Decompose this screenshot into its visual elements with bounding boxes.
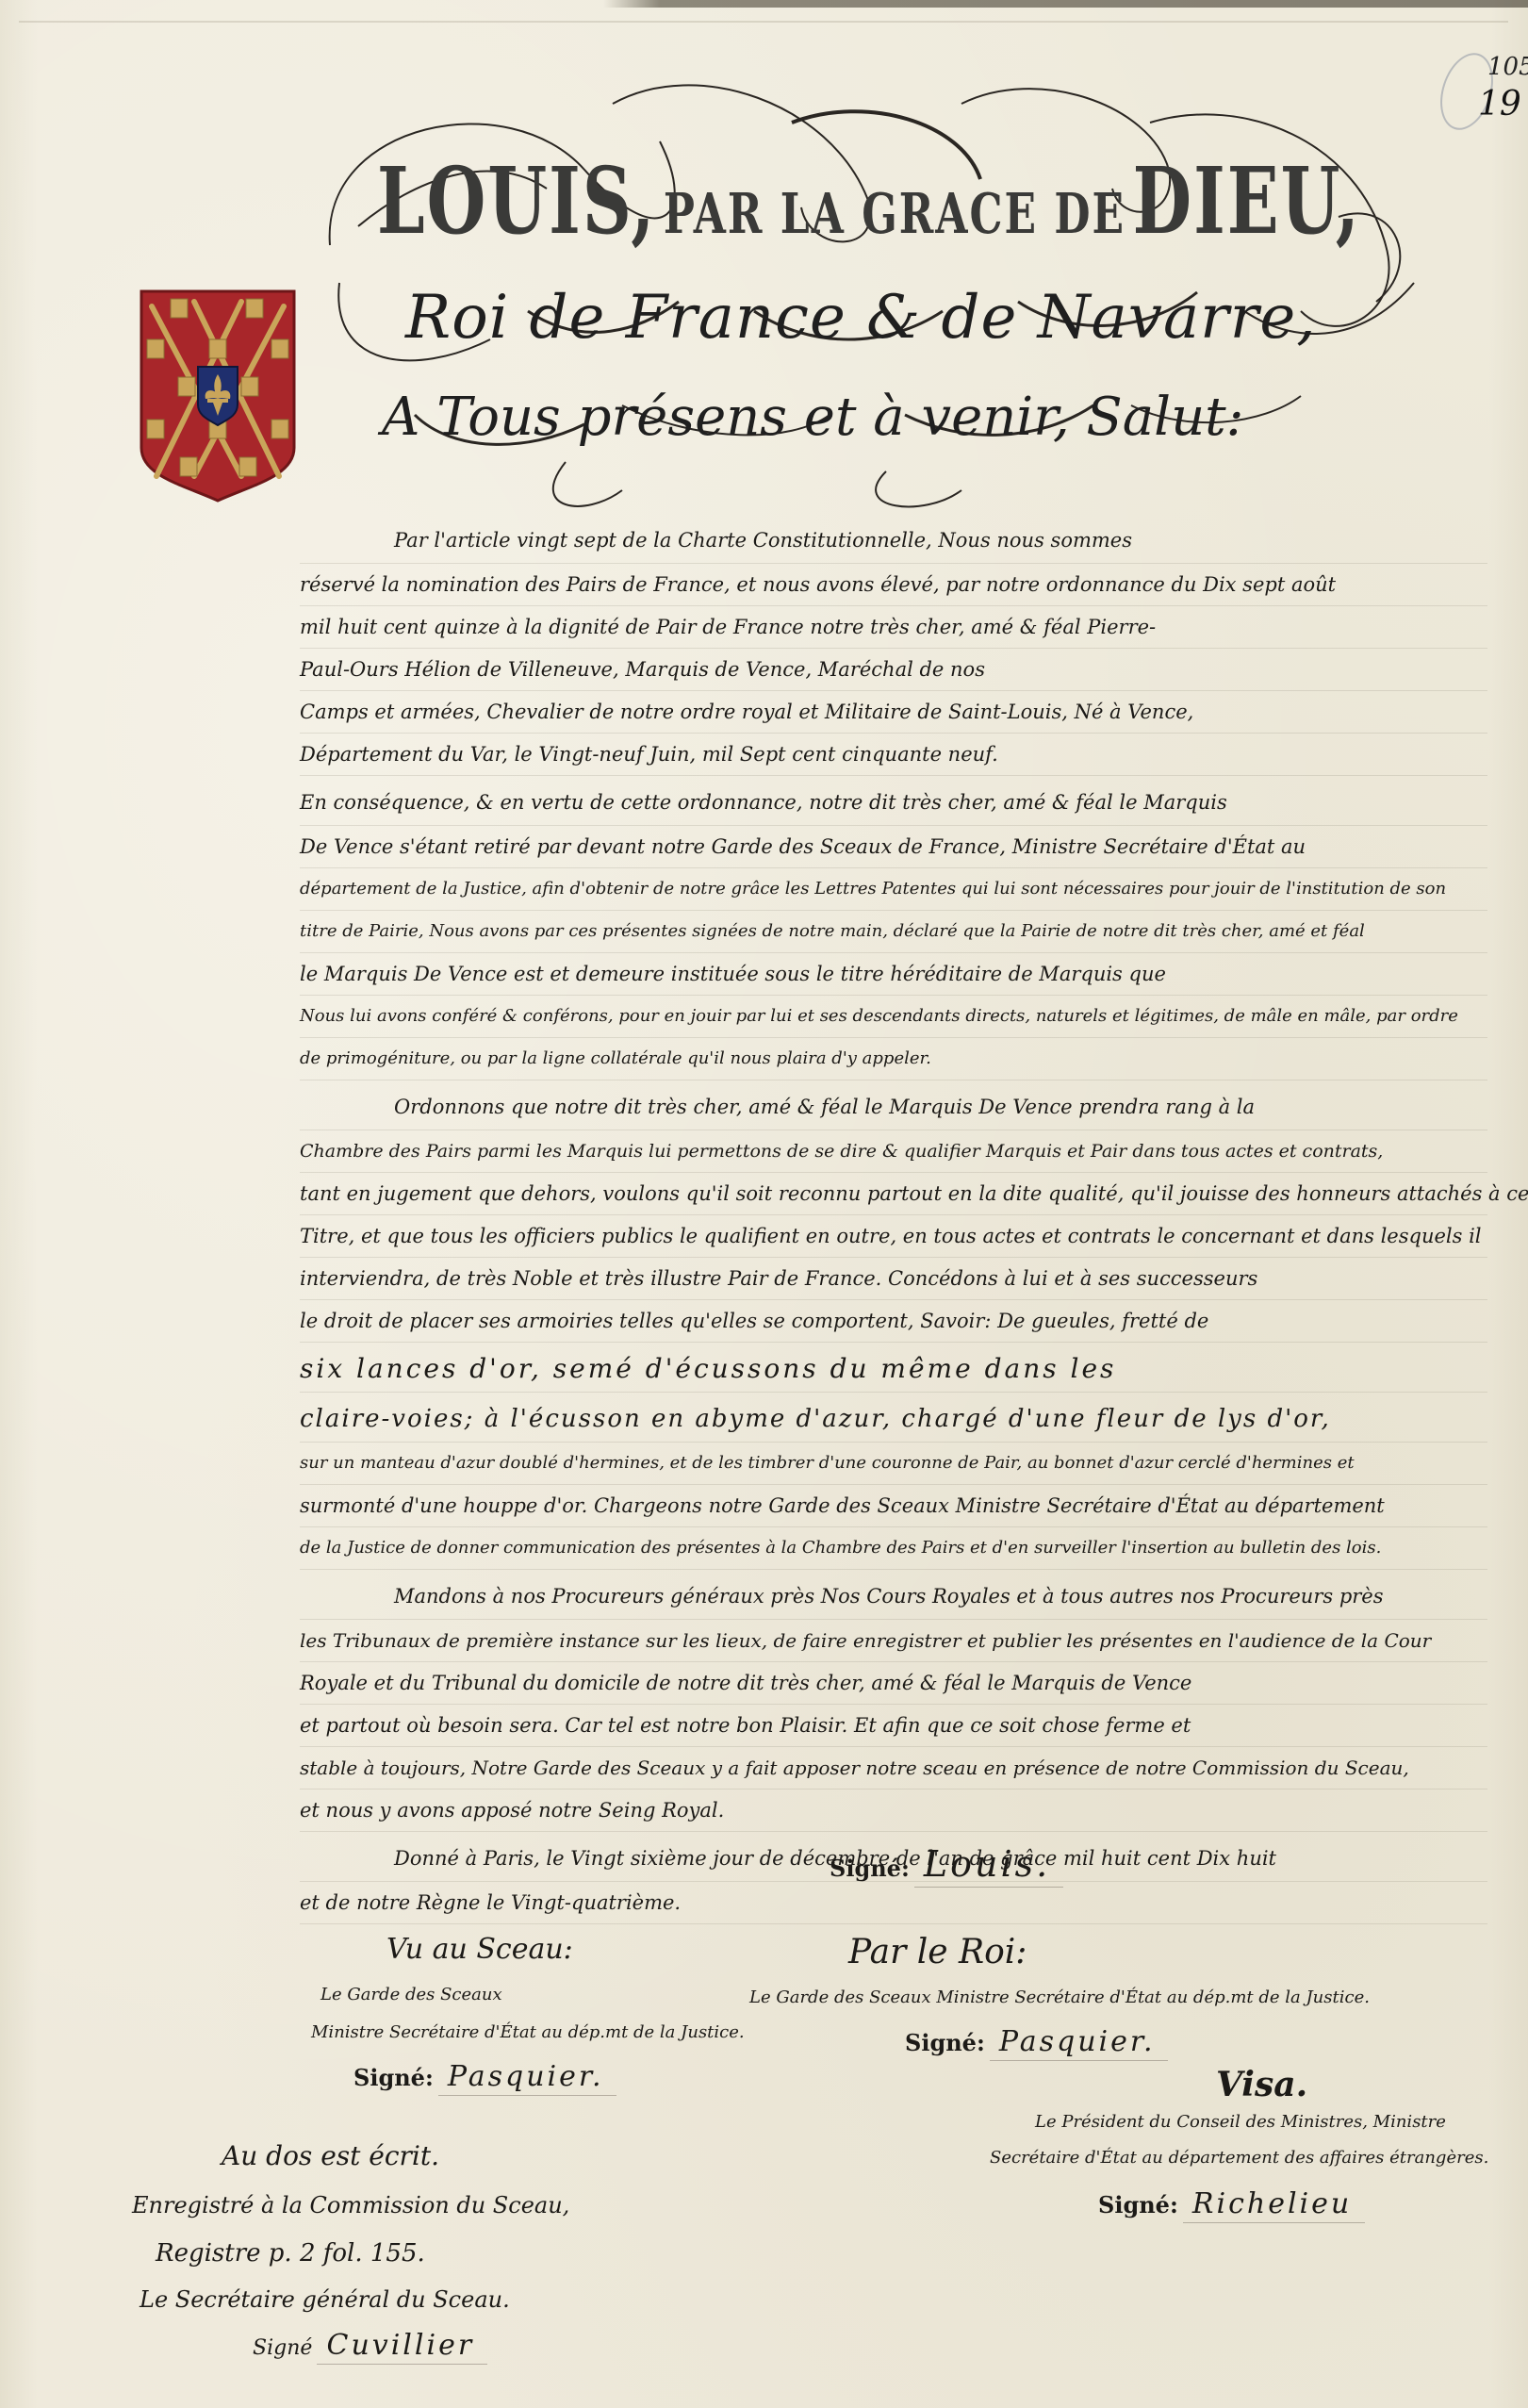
seal-title-2: Ministre Secrétaire d'État au dép.mt de … [311, 2022, 745, 2042]
heading-middle: PAR LA GRACE DE [664, 182, 1125, 247]
text-line: Ordonnons que notre dit très cher, amé &… [300, 1080, 1487, 1130]
signed-label: Signé: [1098, 2191, 1178, 2218]
heading-subtitle: Roi de France & de Navarre, [405, 283, 1317, 353]
king-signature: Signé: Louis. [830, 1843, 1063, 1885]
paragraph-mandons: Mandons à nos Procureurs généraux près N… [300, 1570, 1487, 1832]
folio-number: 105. [1487, 53, 1528, 81]
text-line: mil huit cent quinze à la dignité de Pai… [300, 606, 1487, 649]
signed-label: Signé [253, 2336, 312, 2360]
heading-title: LOUIS, PAR LA GRACE DE DIEU, [377, 146, 1414, 255]
text-line: Département du Var, le Vingt-neuf Juin, … [300, 734, 1487, 776]
endorsement-signature: Signé Cuvillier [253, 2329, 487, 2362]
by-king-signature: Signé: Pasquier. [905, 2025, 1168, 2058]
signature-name: Pasquier. [438, 2060, 617, 2096]
signed-label: Signé: [830, 1855, 910, 1882]
text-line: Paul-Ours Hélion de Villeneuve, Marquis … [300, 649, 1487, 691]
seal-heading: Vu au Sceau: [386, 1933, 573, 1966]
paper-fold-line [19, 21, 1508, 23]
signature-name: Louis. [914, 1843, 1063, 1888]
visa-signature: Signé: Richelieu [1098, 2187, 1365, 2220]
by-king-heading: Par le Roi: [848, 1933, 1027, 1971]
heading-name: LOUIS, [377, 146, 656, 255]
page-top-edge [0, 0, 1528, 8]
text-line-blazon: claire-voies; à l'écusson en abyme d'azu… [300, 1393, 1487, 1443]
text-line: réservé la nomination des Pairs de Franc… [300, 564, 1487, 606]
heading-god: DIEU, [1133, 146, 1361, 255]
visa-title-1: Le Président du Conseil des Ministres, M… [1035, 2112, 1446, 2132]
paragraph-consequence: En conséquence, & en vertu de cette ordo… [300, 776, 1487, 1080]
signature-name: Cuvillier [317, 2329, 487, 2365]
text-line: sur un manteau d'azur doublé d'hermines,… [300, 1443, 1487, 1485]
text-line: titre de Pairie, Nous avons par ces prés… [300, 911, 1487, 953]
text-line: le Marquis De Vence est et demeure insti… [300, 953, 1487, 996]
text-line: de primogéniture, ou par la ligne collat… [300, 1038, 1487, 1080]
text-line: Royale et du Tribunal du domicile de not… [300, 1662, 1487, 1705]
text-line: Mandons à nos Procureurs généraux près N… [300, 1570, 1487, 1620]
seal-signature: Signé: Pasquier. [353, 2060, 616, 2093]
visa-heading: Visa. [1216, 2065, 1307, 2104]
text-line: et de notre Règne le Vingt-quatrième. [300, 1882, 1487, 1924]
text-line: les Tribunaux de première instance sur l… [300, 1620, 1487, 1662]
text-line: le droit de placer ses armoiries telles … [300, 1300, 1487, 1343]
text-line: surmonté d'une houppe d'or. Chargeons no… [300, 1485, 1487, 1527]
text-line: De Vence s'étant retiré par devant notre… [300, 826, 1487, 868]
text-line: Chambre des Pairs parmi les Marquis lui … [300, 1130, 1487, 1173]
text-line: interviendra, de très Noble et très illu… [300, 1258, 1487, 1300]
folio-mark: 19 [1478, 85, 1521, 124]
by-king-title: Le Garde des Sceaux Ministre Secrétaire … [749, 1987, 1370, 2007]
endorsement-line-2: Registre p. 2 fol. 155. [156, 2239, 425, 2268]
text-line: Par l'article vingt sept de la Charte Co… [300, 514, 1487, 564]
text-line: stable à toujours, Notre Garde des Sceau… [300, 1747, 1487, 1790]
text-line: Nous lui avons conféré & conférons, pour… [300, 996, 1487, 1038]
coat-of-arms-icon [138, 288, 298, 503]
signature-name: Pasquier. [990, 2025, 1169, 2061]
text-line: et partout où besoin sera. Car tel est n… [300, 1705, 1487, 1747]
letters-patent-body: Par l'article vingt sept de la Charte Co… [300, 514, 1487, 1924]
heading-salutation: A Tous présens et à venir, Salut: [382, 387, 1244, 448]
seal-title-1: Le Garde des Sceaux [320, 1985, 502, 2004]
endorsement-line-3: Le Secrétaire général du Sceau. [140, 2286, 510, 2313]
text-line: et nous y avons apposé notre Seing Royal… [300, 1790, 1487, 1832]
visa-title-2: Secrétaire d'État au département des aff… [990, 2148, 1488, 2168]
text-line: En conséquence, & en vertu de cette ordo… [300, 776, 1487, 826]
signed-label: Signé: [905, 2029, 985, 2056]
text-line: Titre, et que tous les officiers publics… [300, 1215, 1487, 1258]
paragraph-creation: Par l'article vingt sept de la Charte Co… [300, 514, 1487, 776]
text-line-blazon: six lances d'or, semé d'écussons du même… [300, 1343, 1487, 1393]
text-line: Camps et armées, Chevalier de notre ordr… [300, 691, 1487, 734]
text-line: département de la Justice, afin d'obteni… [300, 868, 1487, 911]
signature-name: Richelieu [1183, 2187, 1365, 2223]
endorsement-line-1: Enregistré à la Commission du Sceau, [132, 2192, 569, 2218]
signed-label: Signé: [353, 2064, 434, 2091]
paragraph-ordonnons: Ordonnons que notre dit très cher, amé &… [300, 1080, 1487, 1570]
endorsement-heading: Au dos est écrit. [222, 2140, 439, 2171]
text-line: de la Justice de donner communication de… [300, 1527, 1487, 1570]
text-line: tant en jugement que dehors, voulons qu'… [300, 1173, 1487, 1215]
